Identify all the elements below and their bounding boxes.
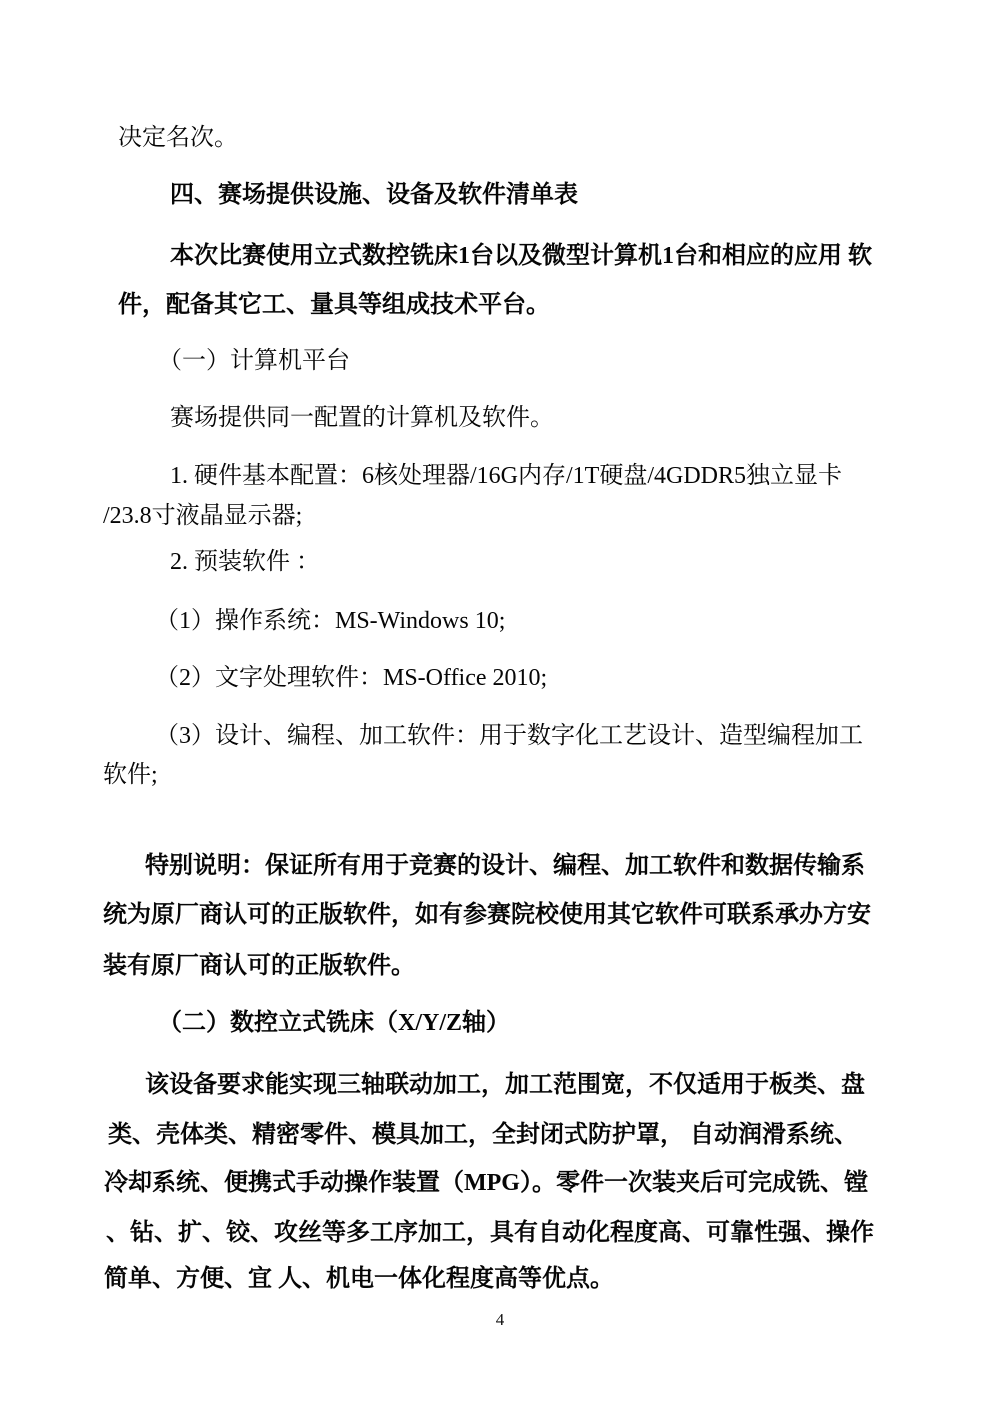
subsection-heading-2: （二）数控立式铣床（X/Y/Z轴）: [158, 1010, 510, 1036]
list-item-hardware: 1. 硬件基本配置：6核处理器/16G内存/1T硬盘/4GDDR5独立显卡: [170, 463, 842, 489]
paragraph-line: 本次比赛使用立式数控铣床1台以及微型计算机1台和相应的应用 软: [170, 243, 872, 269]
special-note-line: 装有原厂商认可的正版软件。: [103, 953, 415, 979]
paragraph-line: 类、壳体类、精密零件、模具加工，全封闭式防护罩， 自动润滑系统、: [108, 1122, 858, 1148]
paragraph-line: 该设备要求能实现三轴联动加工，加工范围宽，不仅适用于板类、盘: [145, 1072, 865, 1098]
paragraph-line: 赛场提供同一配置的计算机及软件。: [170, 405, 554, 431]
special-note-line: 特别说明：保证所有用于竞赛的设计、编程、加工软件和数据传输系: [145, 853, 865, 879]
document-page: 决定名次。 四、赛场提供设施、设备及软件清单表 本次比赛使用立式数控铣床1台以及…: [0, 0, 1000, 1414]
list-item-continuation: 软件;: [103, 762, 158, 788]
list-item-software: 2. 预装软件 ：: [170, 549, 320, 575]
paragraph-line: 件，配备其它工、量具等组成技术平台。: [118, 292, 550, 318]
section-heading-4: 四、赛场提供设施、设备及软件清单表: [170, 182, 578, 208]
list-item-os: （1）操作系统：MS-Windows 10;: [155, 608, 505, 634]
paragraph-line: 、钻、扩、铰、攻丝等多工序加工，具有自动化程度高、可靠性强、操作: [106, 1220, 874, 1246]
list-item-cadcam: （3）设计、编程、加工软件：用于数字化工艺设计、造型编程加工: [155, 723, 863, 749]
subsection-heading-1: （一）计算机平台: [158, 348, 350, 374]
page-number: 4: [0, 1310, 1000, 1329]
list-item-office: （2）文字处理软件：MS-Office 2010;: [155, 665, 547, 691]
list-item-continuation: /23.8寸液晶显示器;: [103, 503, 302, 529]
paragraph-line: 决定名次。: [118, 125, 238, 151]
paragraph-line: 简单、方便、宜 人、机电一体化程度高等优点。: [104, 1266, 614, 1292]
paragraph-line: 冷却系统、便携式手动操作装置（MPG）。零件一次装夹后可完成铣、镗: [104, 1170, 868, 1196]
special-note-line: 统为原厂商认可的正版软件，如有参赛院校使用其它软件可联系承办方安: [103, 902, 871, 928]
